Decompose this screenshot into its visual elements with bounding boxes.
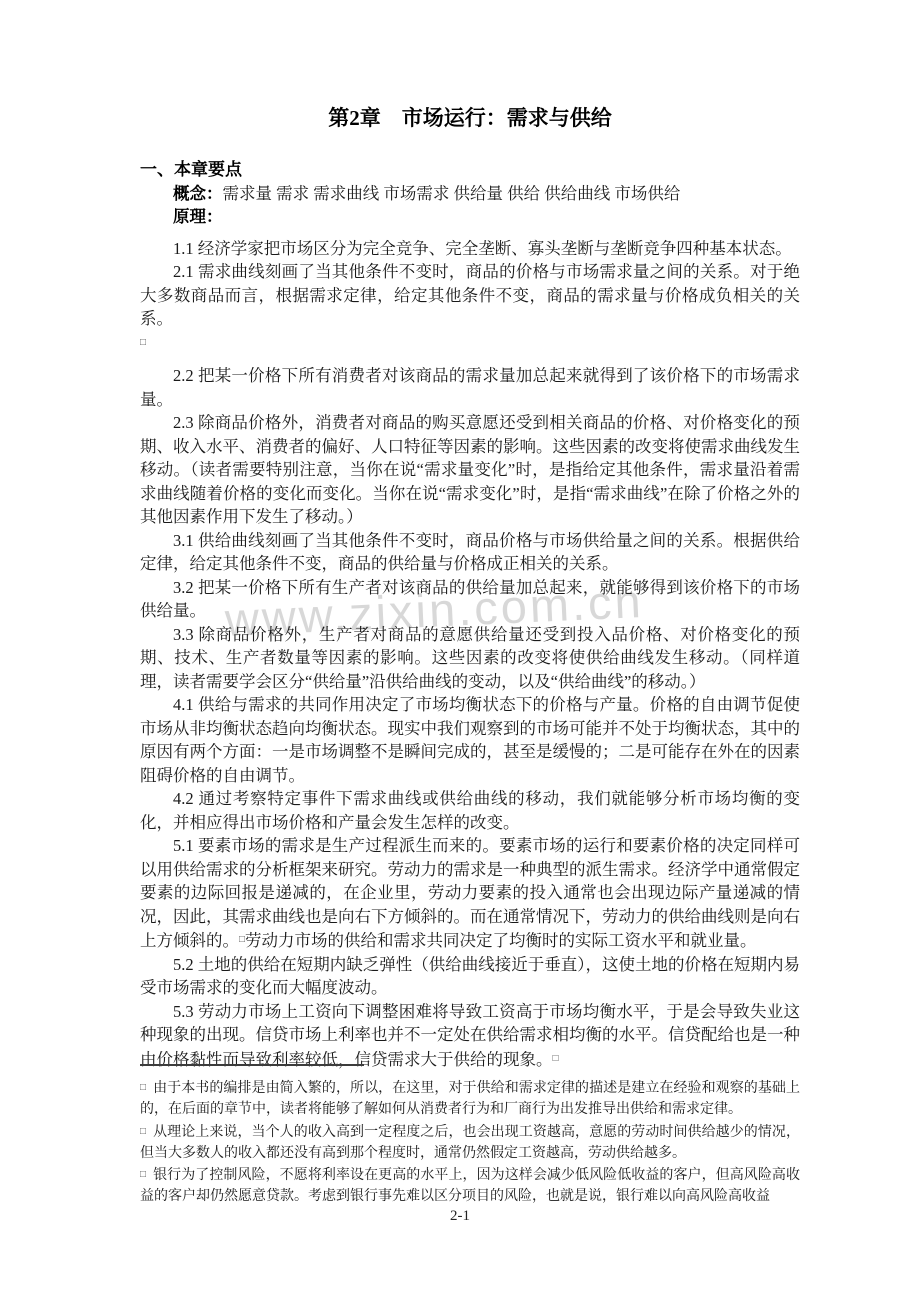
- footnote-section: □由于本书的编排是由简入繁的，所以，在这里，对于供给和需求定律的描述是建立在经验…: [140, 1064, 800, 1208]
- footnote-item: □由于本书的编排是由简入繁的，所以，在这里，对于供给和需求定律的描述是建立在经验…: [140, 1077, 800, 1121]
- paragraph: 3.2 把某一价格下所有生产者对该商品的供给量加总起来，就能够得到该价格下的市场…: [140, 576, 800, 623]
- document-page: www.zixin.com.cn 第2章 市场运行：需求与供给 一、本章要点 概…: [0, 0, 920, 1302]
- footnote-number-marker: □: [140, 1169, 146, 1180]
- paragraph: 1.1 经济学家把市场区分为完全竞争、完全垄断、寡头垄断与垄断竞争四种基本状态。: [140, 237, 800, 261]
- footnote-number-marker: □: [140, 1082, 146, 1093]
- section-heading: 一、本章要点: [140, 158, 800, 182]
- footnote-number-marker: □: [140, 1126, 146, 1137]
- concepts-terms: 需求量 需求 需求曲线 市场需求 供给量 供给 供给曲线 市场供给: [223, 184, 681, 203]
- paragraph: □: [140, 331, 800, 356]
- footnote-list: □由于本书的编排是由简入繁的，所以，在这里，对于供给和需求定律的描述是建立在经验…: [140, 1077, 800, 1208]
- paragraph: 5.3 劳动力市场上工资向下调整困难将导致工资高于市场均衡水平，于是会导致失业这…: [140, 1000, 800, 1072]
- footnote-item: □银行为了控制风险，不愿将利率设在更高的水平上，因为这样会减少低风险低收益的客户…: [140, 1164, 800, 1208]
- page-content: 第2章 市场运行：需求与供给 一、本章要点 概念：需求量 需求 需求曲线 市场需…: [140, 104, 800, 1071]
- footnote-reference-marker: □: [140, 337, 146, 348]
- principles-label: 原理：: [173, 207, 223, 226]
- chapter-title: 第2章 市场运行：需求与供给: [140, 104, 800, 132]
- paragraph: 5.1 要素市场的需求是生产过程派生而来的。要素市场的运行和要素价格的决定同样可…: [140, 834, 800, 953]
- footnote-reference-marker: □: [239, 934, 245, 945]
- paragraph: 4.2 通过考察特定事件下需求曲线或供给曲线的移动，我们就能够分析市场均衡的变化…: [140, 787, 800, 834]
- paragraph: 3.3 除商品价格外，生产者对商品的意愿供给量还受到投入品价格、对价格变化的预期…: [140, 623, 800, 694]
- paragraph: 2.2 把某一价格下所有消费者对该商品的需求量加总起来就得到了该价格下的市场需求…: [140, 364, 800, 411]
- footnote-reference-marker: □: [553, 1053, 559, 1064]
- concepts-label: 概念：: [173, 184, 223, 203]
- paragraph: 2.1 需求曲线刻画了当其他条件不变时，商品的价格与市场需求量之间的关系。对于绝…: [140, 260, 800, 331]
- footnote-item: □从理论上来说，当个人的收入高到一定程度之后，也会出现工资越高，意愿的劳动时间供…: [140, 1121, 800, 1165]
- footnote-separator: [140, 1064, 364, 1066]
- paragraph: 3.1 供给曲线刻画了当其他条件不变时，商品价格与市场供给量之间的关系。根据供给…: [140, 529, 800, 576]
- paragraph: 2.3 除商品价格外，消费者对商品的购买意愿还受到相关商品的价格、对价格变化的预…: [140, 411, 800, 529]
- concepts-line: 概念：需求量 需求 需求曲线 市场需求 供给量 供给 供给曲线 市场供给: [140, 182, 800, 206]
- principles-line: 原理：: [140, 205, 800, 229]
- paragraph-list: 1.1 经济学家把市场区分为完全竞争、完全垄断、寡头垄断与垄断竞争四种基本状态。…: [140, 237, 800, 1072]
- paragraph: 5.2 土地的供给在短期内缺乏弹性（供给曲线接近于垂直），这使土地的价格在短期内…: [140, 953, 800, 1000]
- paragraph: 4.1 供给与需求的共同作用决定了市场均衡状态下的价格与产量。价格的自由调节促使…: [140, 693, 800, 787]
- page-number: 2-1: [0, 1208, 920, 1225]
